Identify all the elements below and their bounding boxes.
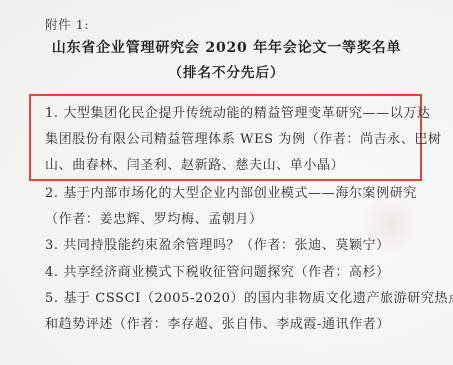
award-item-4-line-1: 4. 共享经济商业模式下税收征管问题探究（作者：高杉） (45, 265, 390, 281)
award-item-5-line-1: 5. 基于 CSSCI（2005-2020）的国内非物质文化遗产旅游研究热点 (45, 291, 453, 307)
award-item-1-line-1: 1. 大型集团化民企提升传统动能的精益管理变革研究——以万达 (45, 106, 431, 122)
award-item-5-line-2: 和趋势评述（作者：李存超、张自伟、李成霞-通讯作者） (45, 317, 390, 333)
document-page: 附件 1: 山东省企业管理研究会 2020 年年会论文一等奖名单 （排名不分先后… (0, 0, 453, 365)
award-item-2-line-1: 2. 基于内部市场化的大型企业内部创业模式——海尔案例研究 (45, 186, 417, 202)
attachment-label: 附件 1: (45, 17, 89, 33)
document-subtitle: （排名不分先后） (0, 65, 453, 81)
award-item-1-line-3: 山、曲春林、闫圣利、赵新路、慈夫山、单小晶） (45, 158, 344, 174)
document-title: 山东省企业管理研究会 2020 年年会论文一等奖名单 (0, 40, 453, 56)
award-item-3-line-1: 3. 共同持股能约束盈余管理吗？（作者：张迪、莫颖宁） (45, 238, 390, 254)
award-item-1-line-2: 集团股份有限公司精益管理体系 WES 为例（作者：尚吉永、巴树 (45, 132, 442, 148)
award-item-2-line-2: （作者：姜忠辉、罗均梅、孟朝月） (45, 212, 263, 228)
